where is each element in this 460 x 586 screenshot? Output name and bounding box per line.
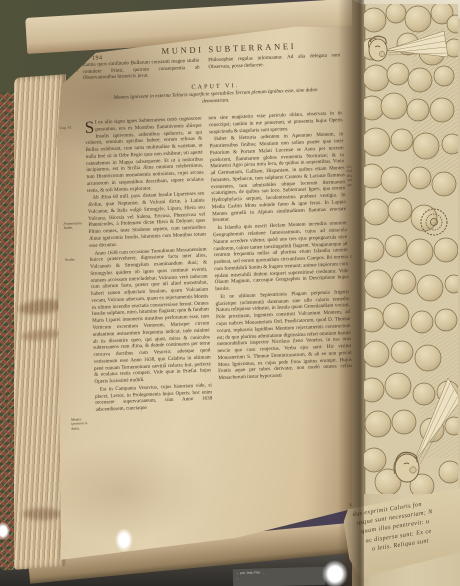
body-paragraph: Ab Ætna 60 mill. pass. distant Insulæ Li… — [87, 191, 206, 250]
margin-note: Strabo. — [65, 257, 89, 262]
exhibit-label: … par Jean Pier … … — [233, 567, 325, 586]
right-page: dus exprimit Caloris fon usque sunt nece… — [352, 0, 460, 586]
left-page-text-block: Sect. I. 194 MUNDI SUBTERRANEI stantia q… — [53, 15, 375, 546]
light-reflection — [115, 528, 133, 552]
left-page: Sect. I. 194 MUNDI SUBTERRANEI stantia q… — [55, 20, 357, 568]
body-paragraph: Est in Campania Vesuvius, cujus historia… — [95, 382, 213, 414]
text-column-right: non sine magisterio vitæ periculo oblata… — [208, 110, 357, 513]
text-column-left: SI ex ullo signo ignes Subterraneos cert… — [84, 116, 216, 518]
body-paragraph: SI ex ullo signo ignes Subterraneos cert… — [84, 116, 204, 195]
carryover-left: stantia quos similitudo Bullarum constan… — [82, 58, 200, 83]
margin-note: Promontoria Italiæ. — [63, 221, 87, 231]
body-paragraph: Habet & Hetruria ardentem in Apennino Mo… — [209, 131, 346, 224]
gutter-shadow — [338, 0, 364, 586]
page-stack-stain — [22, 508, 62, 520]
margin-note: Cap. VI. — [60, 125, 84, 130]
margin-note: Montes ignivomi in Italia. — [71, 417, 95, 431]
body-text-columns: SI ex ullo signo ignes Subterraneos cert… — [84, 110, 357, 518]
paragraph-text: I ex ullo signo ignes Subterraneos certò… — [85, 116, 204, 194]
photo-of-open-antique-book: Sect. I. 194 MUNDI SUBTERRANEI stantia q… — [0, 0, 460, 586]
carryover-right: Philosophiæ regulas informantur. Ad alia… — [208, 52, 341, 77]
exhibit-label-text: … — [236, 574, 322, 581]
engraving-smoke-clouds — [364, 4, 458, 494]
body-paragraph: Anno 1638 cum occasione Tumultuum Messan… — [89, 246, 211, 386]
light-reflection — [322, 560, 348, 586]
body-paragraph: Et ne ultimam Septentrionis Plagam perpe… — [215, 289, 352, 382]
body-paragraph: In Islandia quis nescit Heclam Montem in… — [213, 220, 349, 293]
